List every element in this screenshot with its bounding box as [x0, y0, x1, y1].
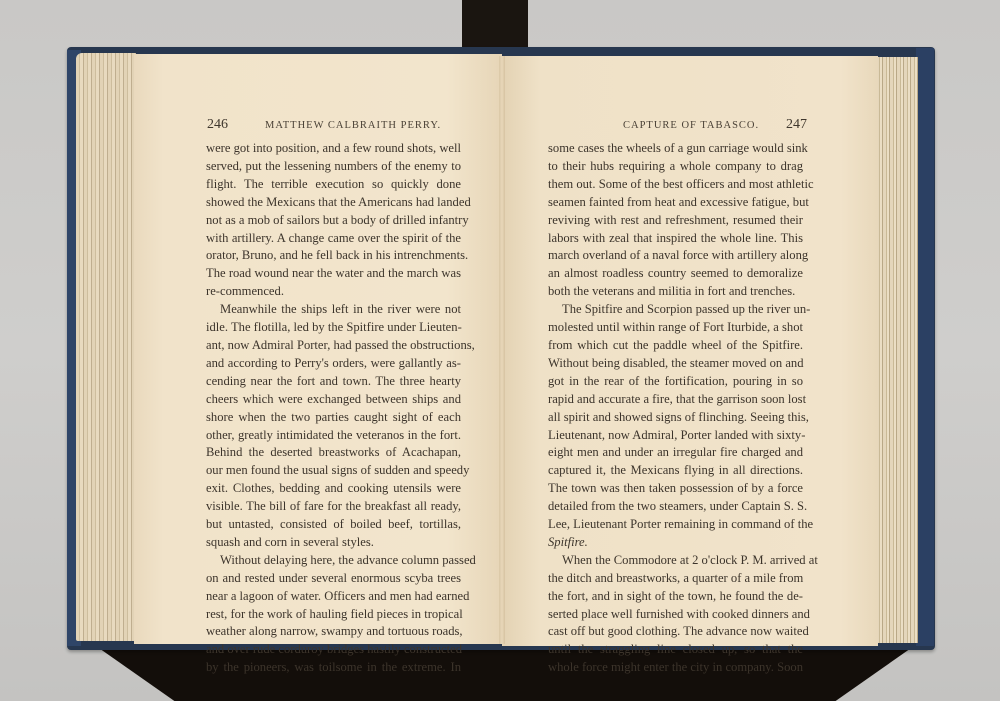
text-line: detailed from the two steamers, under Ca…: [548, 498, 803, 516]
left-page-number: 246: [207, 117, 228, 133]
text-line: by the pioneers, was toilsome in the ext…: [206, 659, 461, 677]
text-line: near a lagoon of water. Officers and men…: [206, 588, 461, 606]
left-running-head: MATTHEW CALBRAITH PERRY.: [265, 120, 441, 131]
text-line: seamen fainted from heat and excessive f…: [548, 194, 803, 212]
text-line: rapid and accurate a fire, that the garr…: [548, 391, 803, 409]
text-line: whole force might enter the city in comp…: [548, 659, 803, 677]
text-line: other, greatly intimidated the veteranos…: [206, 427, 461, 445]
book-strap: [462, 0, 528, 52]
book-gutter: [499, 56, 505, 644]
text-line: The Spitfire and Scorpion passed up the …: [548, 301, 803, 319]
text-line: Without being disabled, the steamer move…: [548, 355, 803, 373]
right-running-head: CAPTURE OF TABASCO.: [623, 120, 759, 131]
text-line: Lieutenant, now Admiral, Porter landed w…: [548, 427, 803, 445]
text-line: reviving with rest and refreshment, resu…: [548, 212, 803, 230]
text-line: squash and corn in several styles.: [206, 534, 461, 552]
text-line: labors with zeal that inspired the whole…: [548, 230, 803, 248]
text-line: weather along narrow, swampy and tortuou…: [206, 623, 461, 641]
text-line: molested until within range of Fort Itur…: [548, 319, 803, 337]
text-line: cending near the fort and town. The thre…: [206, 373, 461, 391]
text-line: Without delaying here, the advance colum…: [206, 552, 461, 570]
text-line: march overland of a naval force with art…: [548, 247, 803, 265]
cover-right-edge: [916, 48, 934, 646]
text-line: captured it, the Mexicans flying in all …: [548, 462, 803, 480]
text-line: cast off but good clothing. The advance …: [548, 623, 803, 641]
text-line: cheers which were exchanged between ship…: [206, 391, 461, 409]
text-line: The town was then taken possession of by…: [548, 480, 803, 498]
text-line: showed the Mexicans that the Americans h…: [206, 194, 461, 212]
text-line: served, put the lessening numbers of the…: [206, 158, 461, 176]
right-page-body: some cases the wheels of a gun carriage …: [548, 140, 803, 677]
text-line: all spirit and showed signs of flinching…: [548, 409, 803, 427]
text-line: and over rude corduroy bridges hastily c…: [206, 641, 461, 659]
text-line: re-commenced.: [206, 283, 461, 301]
text-line: not as a mob of sailors but a body of dr…: [206, 212, 461, 230]
text-line: got in the rear of the fortification, po…: [548, 373, 803, 391]
text-line: shore when the two parties caught sight …: [206, 409, 461, 427]
text-line: orator, Bruno, and he fell back in his i…: [206, 247, 461, 265]
text-line: our men found the usual signs of sudden …: [206, 462, 461, 480]
text-line: eight men and under an irregular fire ch…: [548, 444, 803, 462]
text-line: Behind the deserted breastworks of Acach…: [206, 444, 461, 462]
text-line: and according to Perry's orders, were ga…: [206, 355, 461, 373]
text-line: Meanwhile the ships left in the river we…: [206, 301, 461, 319]
text-line: from which cut the paddle wheel of the S…: [548, 337, 803, 355]
page-edges-right: [876, 57, 918, 643]
text-line: the fort, and in sight of the town, he f…: [548, 588, 803, 606]
text-line: idle. The flotilla, led by the Spitfire …: [206, 319, 461, 337]
text-line: with artillery. A change came over the s…: [206, 230, 461, 248]
text-line: Lee, Lieutenant Porter remaining in comm…: [548, 516, 803, 534]
left-page-body: were got into position, and a few round …: [206, 140, 461, 677]
text-line: The road wound near the water and the ma…: [206, 265, 461, 283]
text-line: both the veterans and militia in fort an…: [548, 283, 803, 301]
text-line: When the Commodore at 2 o'clock P. M. ar…: [548, 552, 803, 570]
text-line: them out. Some of the best officers and …: [548, 176, 803, 194]
text-line: the ditch and breastworks, a quarter of …: [548, 570, 803, 588]
text-line: ant, now Admiral Porter, had passed the …: [206, 337, 461, 355]
text-line: but untasted, consisted of boiled beef, …: [206, 516, 461, 534]
text-line: were got into position, and a few round …: [206, 140, 461, 158]
text-line: serted place well furnished with cooked …: [548, 606, 803, 624]
text-line: Spitfire.: [548, 534, 803, 552]
text-line: to their hubs requiring a whole company …: [548, 158, 803, 176]
right-page-number: 247: [786, 117, 807, 133]
text-line: on and rested under several enormous scy…: [206, 570, 461, 588]
text-line: some cases the wheels of a gun carriage …: [548, 140, 803, 158]
text-line: flight. The terrible execution so quickl…: [206, 176, 461, 194]
text-line: visible. The bill of fare for the breakf…: [206, 498, 461, 516]
page-edges-left: [76, 53, 136, 641]
text-line: rest, for the work of hauling field piec…: [206, 606, 461, 624]
text-line: an almost roadless country seemed to dem…: [548, 265, 803, 283]
text-line: until the straggling line closed up, so …: [548, 641, 803, 659]
text-line: exit. Clothes, bedding and cooking utens…: [206, 480, 461, 498]
